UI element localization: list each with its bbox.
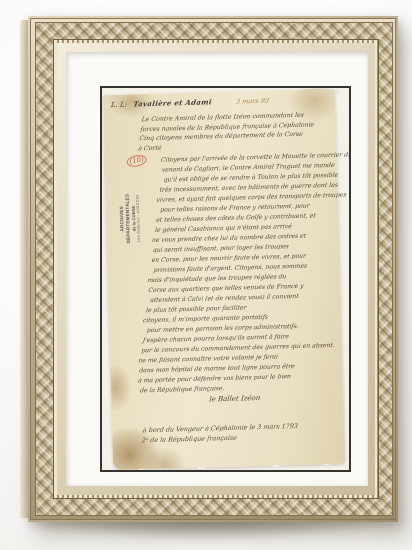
- manuscript-paper: L. L: Tavalière et Adami 3 mars 93 Le Co…: [103, 89, 345, 470]
- intro-paragraph: Le Contre Amiral de la flotte Izéon comm…: [138, 110, 316, 153]
- body-paragraph: Citoyens par l'arrivée de la corvette la…: [136, 150, 351, 397]
- picture-frame: L. L: Tavalière et Adami 3 mars 93 Le Co…: [28, 16, 398, 522]
- heading-prefix: L. L:: [111, 101, 128, 109]
- docket-caption: à bord du Vengeur à Céphalonie le 3 mars…: [141, 421, 298, 445]
- signature: le Ballet Izéon: [209, 394, 261, 403]
- heading-title: Tavalière et Adami: [133, 97, 212, 108]
- manuscript-heading: L. L: Tavalière et Adami 3 mars 93: [111, 96, 270, 109]
- torn-bottom-edge: [113, 458, 345, 471]
- red-margin-number: (10): [126, 153, 148, 168]
- stamp-line-3: Les Galeries - AJACCIO: [135, 183, 142, 253]
- white-mat: L. L: Tavalière et Adami 3 mars 93 Le Co…: [66, 52, 368, 486]
- photograph-of-document: L. L: Tavalière et Adami 3 mars 93 Le Co…: [100, 86, 351, 472]
- heading-date: 3 mars 93: [236, 97, 270, 106]
- stamp-line-1: ARCHIVES DÉPARTEMENTALES: [118, 184, 132, 254]
- archive-stamp: ARCHIVES DÉPARTEMENTALES de la CORSE Les…: [118, 183, 144, 254]
